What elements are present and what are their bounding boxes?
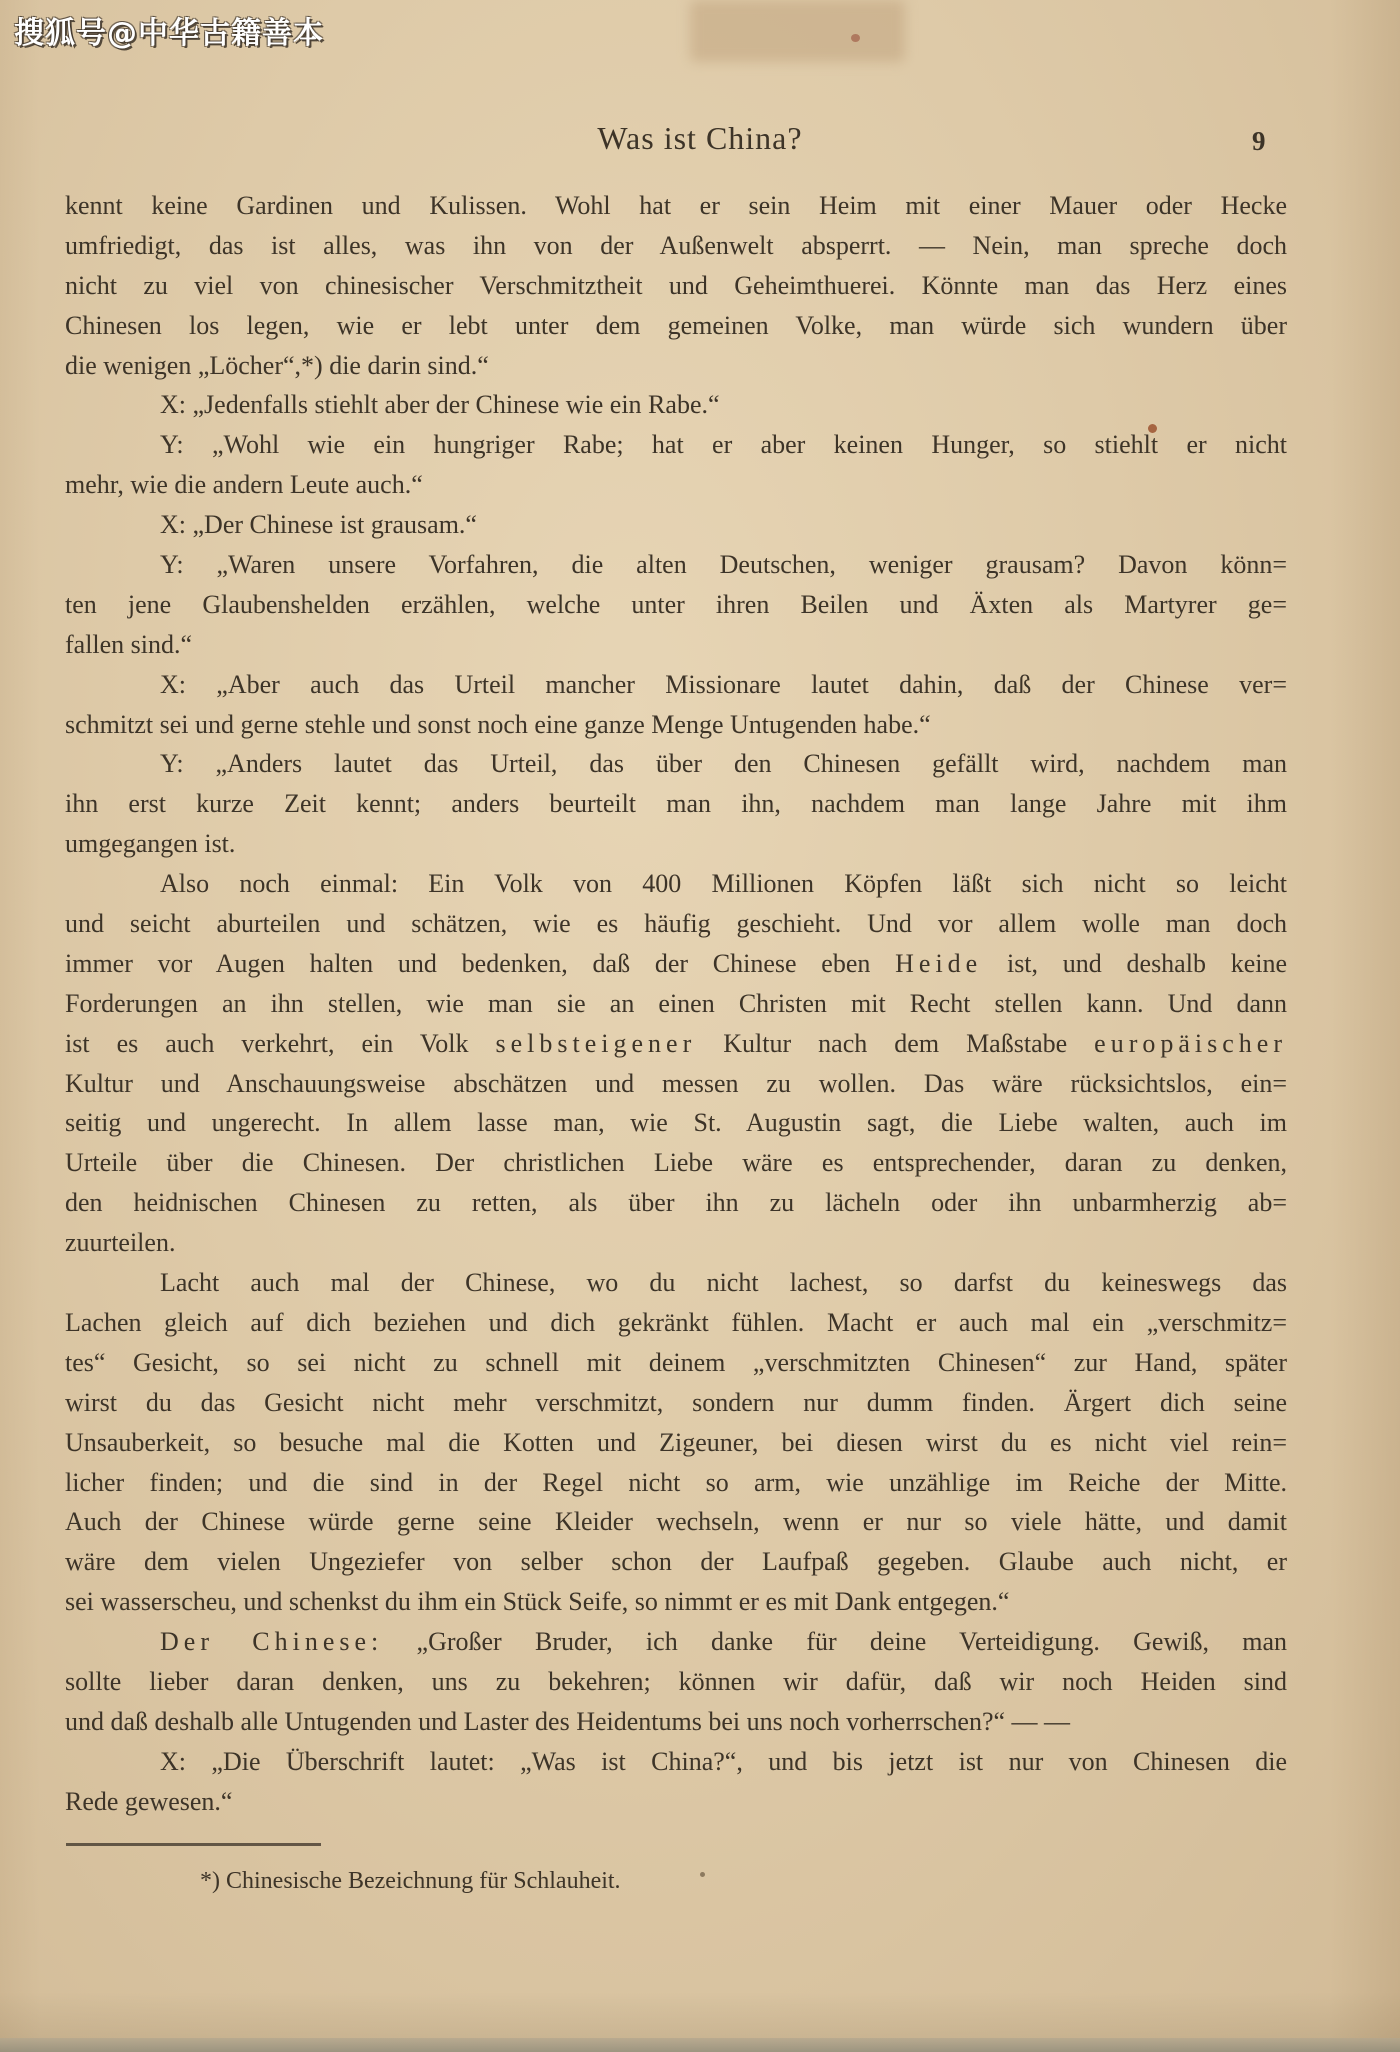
text-line: Lachen gleich auf dich beziehen und dich…	[65, 1303, 1287, 1343]
text-line: umgegangen ist.	[65, 824, 1287, 864]
foxing-spot	[851, 34, 860, 42]
text-line: Kultur und Anschauungsweise abschätzen u…	[65, 1064, 1287, 1104]
text-line: wirst du das Gesicht nicht mehr verschmi…	[65, 1383, 1287, 1423]
text-line: Also noch einmal: Ein Volk von 400 Milli…	[65, 864, 1287, 904]
text-line: X: „Jedenfalls stiehlt aber der Chinese …	[65, 385, 1287, 425]
text-line: Y: „Waren unsere Vorfahren, die alten De…	[65, 545, 1287, 585]
text-line: und seicht aburteilen und schätzen, wie …	[65, 904, 1287, 944]
text-line: immer vor Augen halten und bedenken, daß…	[65, 944, 1287, 984]
text-line: licher finden; und die sind in der Regel…	[65, 1463, 1287, 1503]
letter-spaced-text: selbsteigener	[496, 1029, 697, 1058]
text-line: Chinesen los legen, wie er lebt unter de…	[65, 306, 1287, 346]
scan-bottom-edge	[0, 2038, 1400, 2052]
text-line: und daß deshalb alle Untugenden und Last…	[65, 1702, 1287, 1742]
text-line: wäre dem vielen Ungeziefer von selber sc…	[65, 1542, 1287, 1582]
text-line: X: „Aber auch das Urteil mancher Mission…	[65, 665, 1287, 705]
letter-spaced-text: Heide	[895, 949, 982, 978]
text-line: Urteile über die Chinesen. Der christlic…	[65, 1143, 1287, 1183]
text-block: kennt keine Gardinen und Kulissen. Wohl …	[65, 186, 1287, 1822]
text-line: schmitzt sei und gerne stehle und sonst …	[65, 705, 1287, 745]
text-line: mehr, wie die andern Leute auch.“	[65, 465, 1287, 505]
text-line: X: „Der Chinese ist grausam.“	[65, 505, 1287, 545]
letter-spaced-text: europäischer	[1094, 1029, 1287, 1058]
text-line: Der Chinese: „Großer Bruder, ich danke f…	[65, 1622, 1287, 1662]
watermark-text: 搜狐号@中华古籍善本	[14, 8, 324, 52]
letter-spaced-text: Der Chinese:	[160, 1627, 383, 1656]
text-line: umfriedigt, das ist alles, was ihn von d…	[65, 226, 1287, 266]
text-line: tes“ Gesicht, so sei nicht zu schnell mi…	[65, 1343, 1287, 1383]
page-number: 9	[1252, 126, 1292, 157]
text-line: seitig und ungerecht. In allem lasse man…	[65, 1103, 1287, 1143]
footnote-rule	[66, 1843, 321, 1846]
text-line: Forderungen an ihn stellen, wie man sie …	[65, 984, 1287, 1024]
text-line: Y: „Wohl wie ein hungriger Rabe; hat er …	[65, 425, 1287, 465]
text-line: zuurteilen.	[65, 1223, 1287, 1263]
text-line: Rede gewesen.“	[65, 1782, 1287, 1822]
text-line: fallen sind.“	[65, 625, 1287, 665]
text-line: Auch der Chinese würde gerne seine Kleid…	[65, 1502, 1287, 1542]
text-line: kennt keine Gardinen und Kulissen. Wohl …	[65, 186, 1287, 226]
text-line: ist es auch verkehrt, ein Volk selbsteig…	[65, 1024, 1287, 1064]
book-page-scan: 搜狐号@中华古籍善本 Was ist China? 9 kennt keine …	[0, 0, 1400, 2052]
text-line: ihn erst kurze Zeit kennt; anders beurte…	[65, 784, 1287, 824]
text-line: den heidnischen Chinesen zu retten, als …	[65, 1183, 1287, 1223]
text-line: sollte lieber daran denken, uns zu bekeh…	[65, 1662, 1287, 1702]
text-line: Unsauberkeit, so besuche mal die Kotten …	[65, 1423, 1287, 1463]
footnote-text: *) Chinesische Bezeichnung für Schlauhei…	[65, 1864, 1287, 1898]
text-line: nicht zu viel von chinesischer Verschmit…	[65, 266, 1287, 306]
text-line: die wenigen „Löcher“,*) die darin sind.“	[65, 346, 1287, 386]
text-line: sei wasserscheu, und schenkst du ihm ein…	[65, 1582, 1287, 1622]
text-line: Y: „Anders lautet das Urteil, das über d…	[65, 744, 1287, 784]
text-line: Lacht auch mal der Chinese, wo du nicht …	[65, 1263, 1287, 1303]
text-line: X: „Die Überschrift lautet: „Was ist Chi…	[65, 1742, 1287, 1782]
text-line: ten jene Glaubenshelden erzählen, welche…	[65, 585, 1287, 625]
running-header-title: Was ist China?	[0, 120, 1400, 157]
tape-mark	[690, 0, 905, 62]
